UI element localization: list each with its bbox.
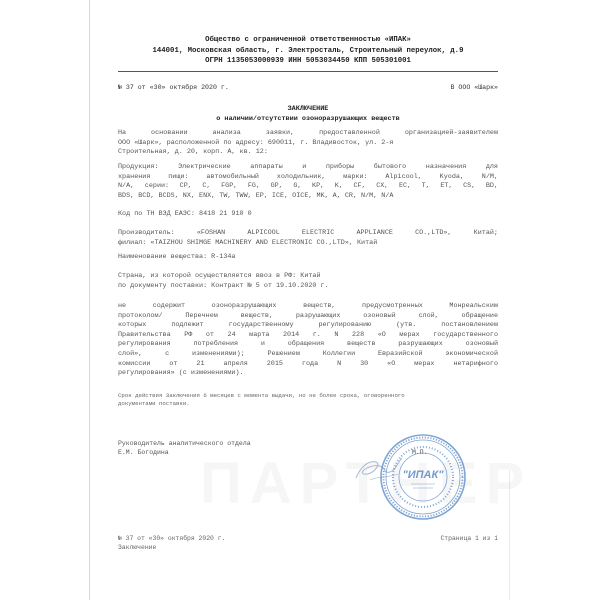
company-registry: ОГРН 1135053000939 ИНН 5053034450 КПП 50… xyxy=(118,56,498,67)
country-paragraph: Страна, из которой осуществляется ввоз в… xyxy=(118,272,329,291)
substance: Наименование вещества: R-134a xyxy=(118,253,235,263)
tn-code: Код по ТН ВЭД ЕАЭС: 8418 21 910 0 xyxy=(118,210,252,220)
signer-name: Е.М. Богодина xyxy=(118,448,251,457)
footer-page: Страница 1 из 1 xyxy=(440,534,498,543)
seal-mark: М.П. xyxy=(412,449,428,456)
doc-title: ЗАКЛЮЧЕНИЕ xyxy=(118,104,498,114)
header-rule xyxy=(118,71,498,72)
signer-position: Руководитель аналитического отдела xyxy=(118,439,251,448)
basis-paragraph: На основании анализа заявки, предоставле… xyxy=(118,129,498,158)
footer-left: № 37 от «30» октября 2020 г. Заключение xyxy=(118,534,225,552)
recipient: В ООО «Шарк» xyxy=(451,84,498,91)
validity-note: Срок действия Заключения 6 месяцев с мом… xyxy=(118,392,405,409)
company-name: Общество с ограниченной ответственностью… xyxy=(118,35,498,46)
footer-doc-type: Заключение xyxy=(118,543,225,552)
page-edge-right xyxy=(509,470,510,600)
product-paragraph: Продукция: Электрические аппараты и приб… xyxy=(118,163,498,201)
doc-subtitle: о наличии/отсутствии озоноразрушающих ве… xyxy=(118,114,498,124)
company-address: 144001, Московская область, г. Электрост… xyxy=(118,46,498,57)
company-stamp-icon: "ИПАК" xyxy=(378,432,468,522)
manufacturer-paragraph: Производитель: «FOSHAN ALPICOOL ELECTRIC… xyxy=(118,229,498,248)
footer-doc-number: № 37 от «30» октября 2020 г. xyxy=(118,534,225,543)
svg-text:"ИПАК": "ИПАК" xyxy=(403,469,445,481)
doc-number: № 37 от «30» октября 2020 г. xyxy=(118,84,229,91)
conclusion-paragraph: не содержит озоноразрушающих веществ, пр… xyxy=(118,302,498,379)
page-edge-left xyxy=(89,0,90,600)
signature-block: Руководитель аналитического отдела Е.М. … xyxy=(118,439,251,458)
